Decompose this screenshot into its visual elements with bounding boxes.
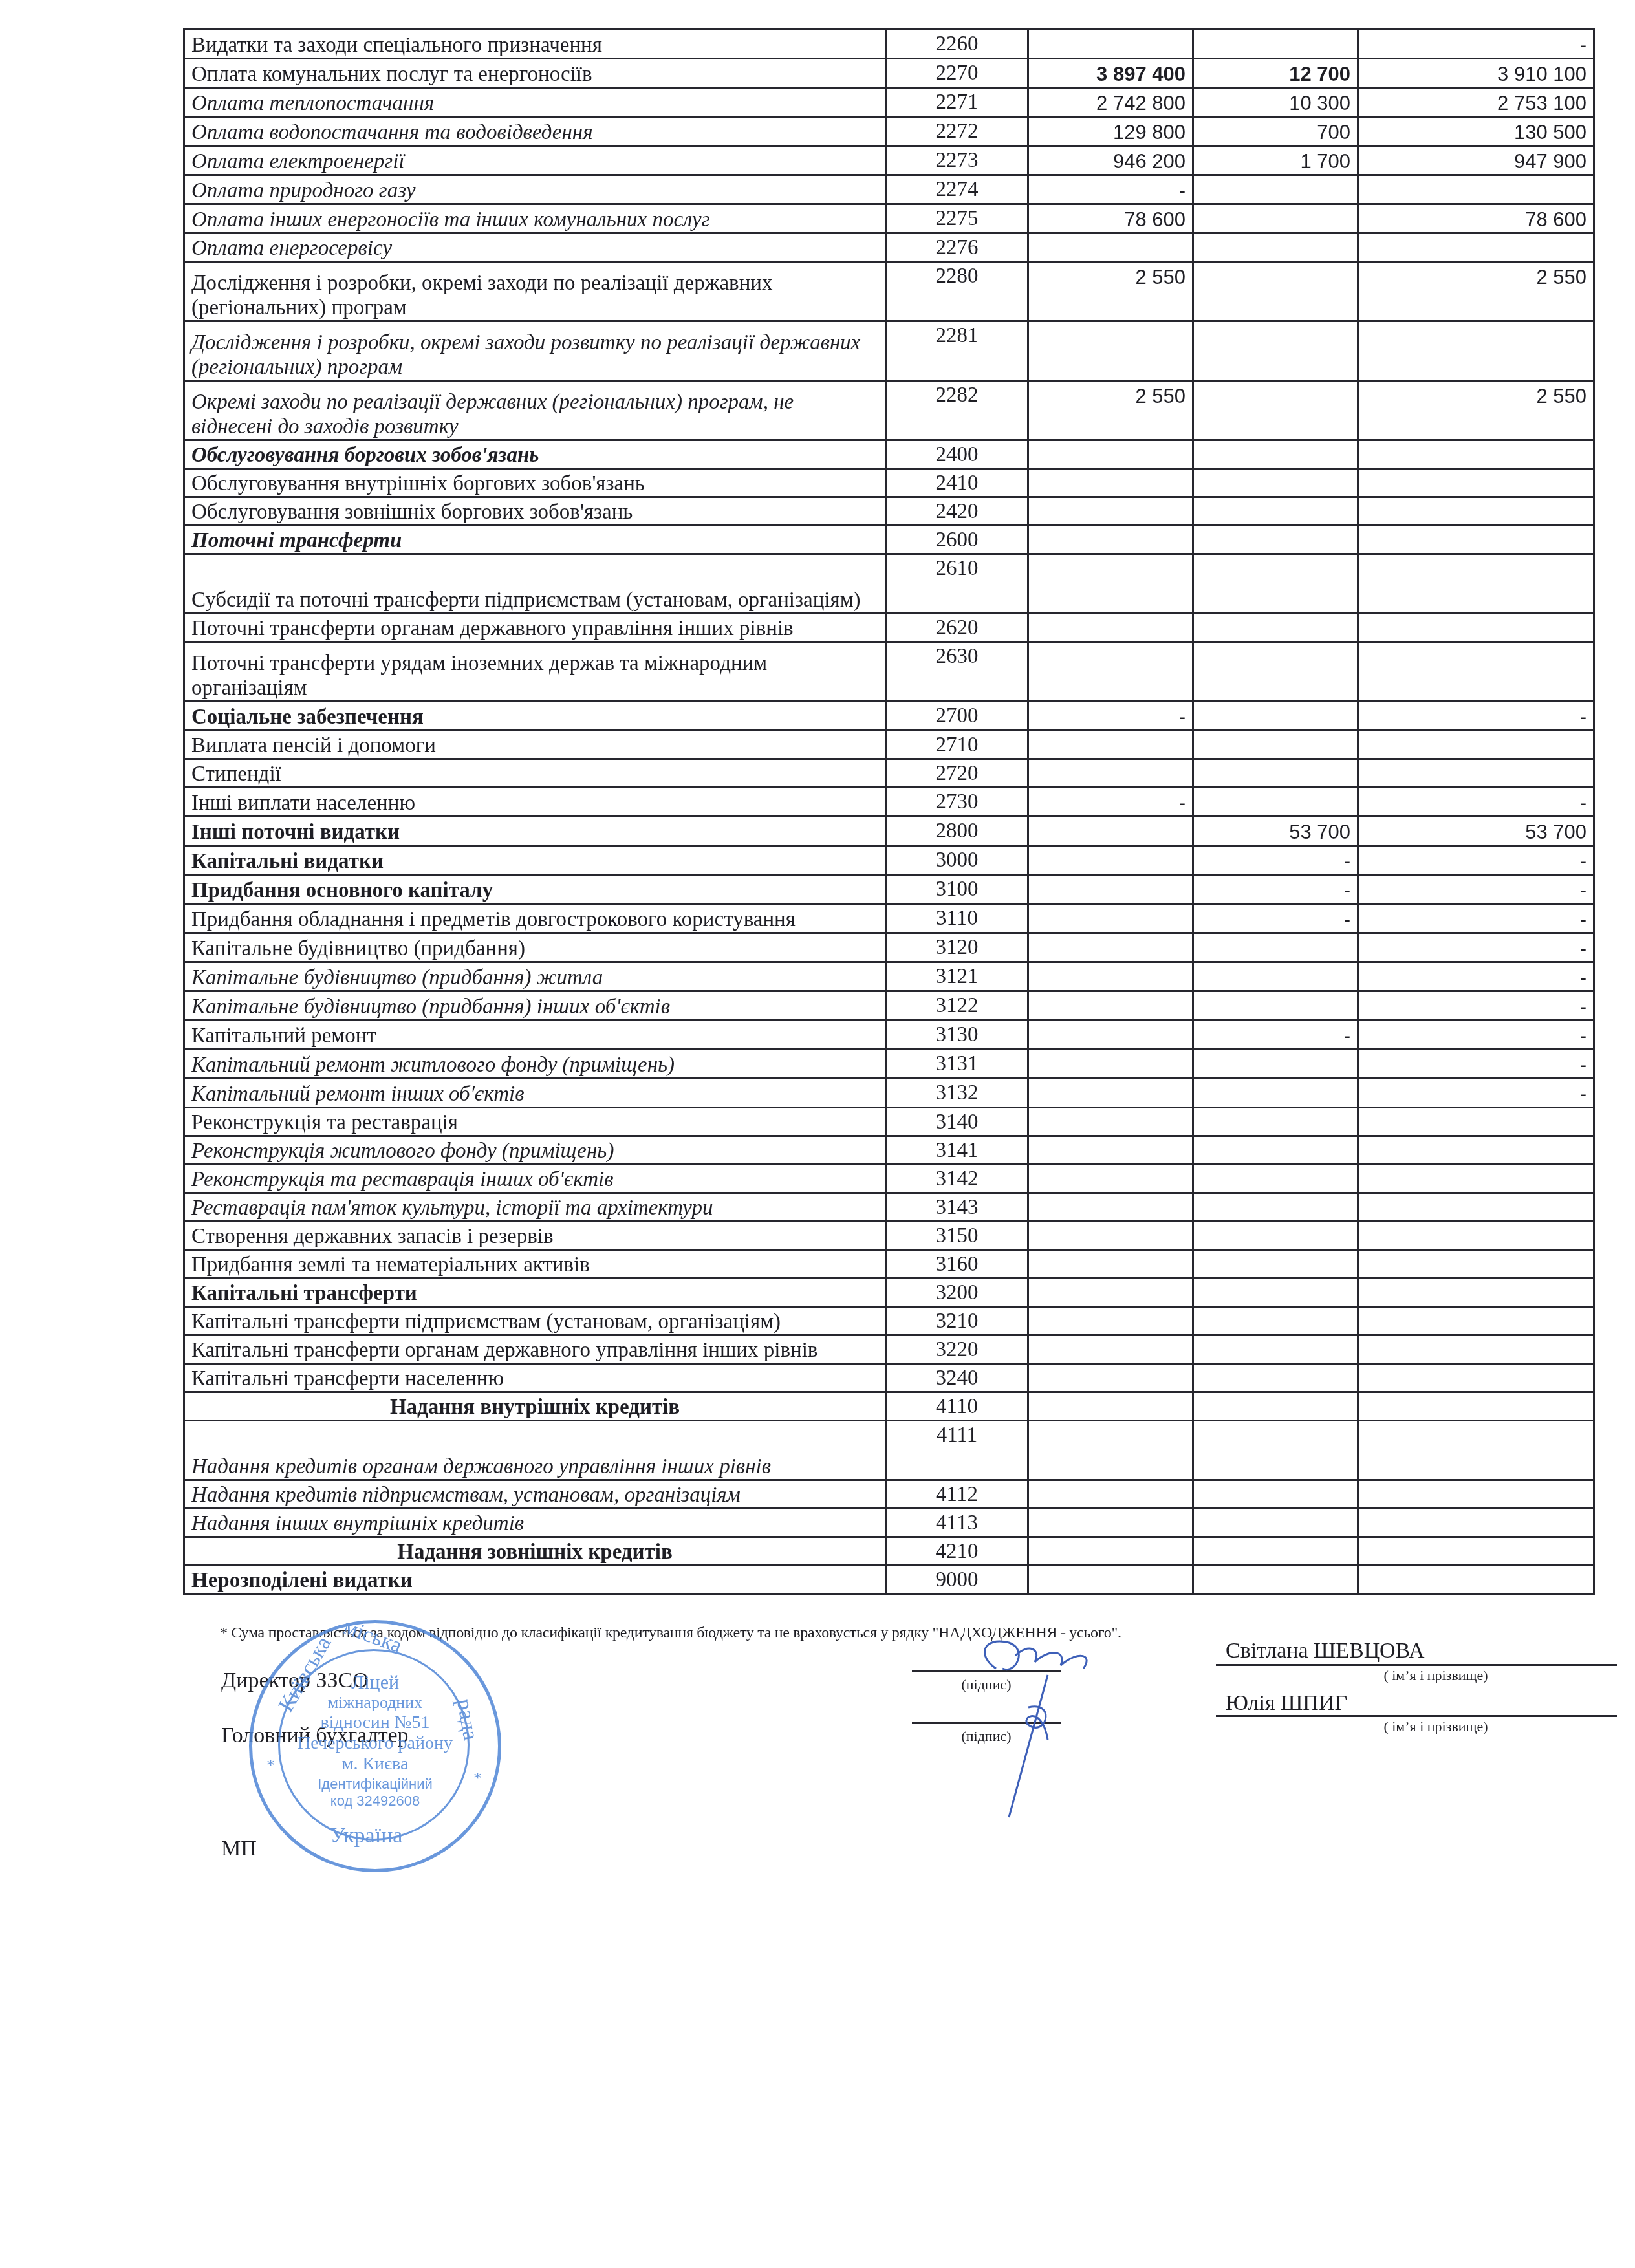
row-value-1: [1028, 875, 1193, 904]
row-value-1: 129 800: [1028, 117, 1193, 146]
row-value-2: 700: [1193, 117, 1358, 146]
row-value-3: 53 700: [1358, 817, 1594, 846]
row-code: 3122: [886, 991, 1028, 1021]
table-row: Капітальний ремонт житлового фонду (прим…: [184, 1050, 1594, 1079]
row-value-1: [1028, 1566, 1193, 1594]
row-value-3: [1358, 1480, 1594, 1509]
row-name: Оплата інших енергоносіїв та інших комун…: [184, 204, 886, 233]
row-value-2: [1193, 204, 1358, 233]
stamp-line-6: Ідентифікаційний: [252, 1776, 498, 1793]
row-value-1: [1028, 1509, 1193, 1537]
row-code: 2280: [886, 262, 1028, 321]
table-row: Оплата електроенергії2273946 2001 700947…: [184, 146, 1594, 175]
row-value-3: [1358, 1136, 1594, 1165]
row-name: Надання кредитів органам державного упра…: [184, 1421, 886, 1480]
row-code: 3120: [886, 933, 1028, 962]
official-stamp: Київська міська рада Україна Ліцей міжна…: [249, 1620, 501, 1872]
row-name: Видатки та заходи спеціального призначен…: [184, 30, 886, 59]
row-value-3: 2 550: [1358, 262, 1594, 321]
expenditure-table: Видатки та заходи спеціального призначен…: [183, 28, 1595, 1595]
table-row: Капітальний ремонт3130--: [184, 1021, 1594, 1050]
row-value-2: -: [1193, 846, 1358, 875]
table-row: Реконструкція та реставрація3140: [184, 1108, 1594, 1136]
table-row: Капітальні трансферти органам державного…: [184, 1335, 1594, 1364]
row-name: Поточні трансферти урядам іноземних держ…: [184, 642, 886, 702]
row-value-1: [1028, 30, 1193, 59]
row-value-3: 947 900: [1358, 146, 1594, 175]
table-row: Оплата інших енергоносіїв та інших комун…: [184, 204, 1594, 233]
stamp-line-1: Ліцей: [252, 1672, 498, 1694]
row-value-3: 2 550: [1358, 381, 1594, 440]
row-code: 3121: [886, 962, 1028, 991]
row-code: 2281: [886, 321, 1028, 381]
row-value-3: [1358, 321, 1594, 381]
row-value-1: [1028, 933, 1193, 962]
row-name: Дослідження і розробки, окремі заходи по…: [184, 262, 886, 321]
table-row: Обслуговування зовнішніх боргових зобов'…: [184, 497, 1594, 526]
row-value-3: [1358, 642, 1594, 702]
row-value-3: 78 600: [1358, 204, 1594, 233]
row-code: 2600: [886, 526, 1028, 554]
row-value-1: [1028, 1392, 1193, 1421]
table-row: Оплата теплопостачання22712 742 80010 30…: [184, 88, 1594, 117]
row-value-2: [1193, 1050, 1358, 1079]
row-code: 2420: [886, 497, 1028, 526]
row-value-1: 2 742 800: [1028, 88, 1193, 117]
row-value-1: 946 200: [1028, 146, 1193, 175]
row-name: Поточні трансферти: [184, 526, 886, 554]
row-value-1: -: [1028, 788, 1193, 817]
row-value-2: [1193, 759, 1358, 788]
row-name: Створення державних запасів і резервів: [184, 1222, 886, 1250]
row-name: Придбання обладнання і предметів довгост…: [184, 904, 886, 933]
row-value-2: [1193, 788, 1358, 817]
row-value-2: [1193, 1307, 1358, 1335]
row-value-1: [1028, 497, 1193, 526]
table-row: Капітальні трансферти підприємствам (уст…: [184, 1307, 1594, 1335]
accountant-name: Юлія ШПИГ: [1226, 1691, 1347, 1716]
row-value-2: [1193, 1108, 1358, 1136]
row-value-2: [1193, 1279, 1358, 1307]
row-value-1: [1028, 1108, 1193, 1136]
row-value-1: 2 550: [1028, 381, 1193, 440]
row-code: 3143: [886, 1193, 1028, 1222]
accountant-name-caption: ( ім’я і прізвище): [1326, 1718, 1546, 1735]
accountant-name-line: [1216, 1715, 1617, 1717]
row-name: Капітальні трансферти населенню: [184, 1364, 886, 1392]
row-code: 2275: [886, 204, 1028, 233]
row-value-1: -: [1028, 175, 1193, 204]
row-value-2: [1193, 991, 1358, 1021]
table-row: Дослідження і розробки, окремі заходи ро…: [184, 321, 1594, 381]
row-value-1: [1028, 731, 1193, 759]
row-code: 3132: [886, 1079, 1028, 1108]
row-name: Надання внутрішніх кредитів: [184, 1392, 886, 1421]
row-value-2: [1193, 526, 1358, 554]
row-value-2: [1193, 497, 1358, 526]
table-row: Соціальне забезпечення2700--: [184, 702, 1594, 731]
row-value-3: [1358, 731, 1594, 759]
row-value-3: [1358, 1566, 1594, 1594]
row-code: 2276: [886, 233, 1028, 262]
row-value-3: [1358, 1364, 1594, 1392]
row-value-1: [1028, 1222, 1193, 1250]
row-code: 2720: [886, 759, 1028, 788]
row-value-2: [1193, 381, 1358, 440]
row-value-2: [1193, 1250, 1358, 1279]
row-code: 4112: [886, 1480, 1028, 1509]
row-value-2: [1193, 1079, 1358, 1108]
row-value-1: [1028, 526, 1193, 554]
row-value-3: [1358, 1250, 1594, 1279]
row-code: 2400: [886, 440, 1028, 469]
row-value-2: 53 700: [1193, 817, 1358, 846]
row-code: 9000: [886, 1566, 1028, 1594]
row-code: 3141: [886, 1136, 1028, 1165]
row-value-1: [1028, 1480, 1193, 1509]
row-name: Соціальне забезпечення: [184, 702, 886, 731]
stamp-line-4: Печерського району: [252, 1733, 498, 1754]
row-value-1: [1028, 1537, 1193, 1566]
row-value-1: [1028, 759, 1193, 788]
row-code: 2410: [886, 469, 1028, 497]
seal-label: МП: [221, 1837, 257, 1861]
row-value-2: [1193, 1222, 1358, 1250]
table-row: Придбання землі та нематеріальних активі…: [184, 1250, 1594, 1279]
row-code: 3200: [886, 1279, 1028, 1307]
row-code: 2700: [886, 702, 1028, 731]
row-value-3: -: [1358, 702, 1594, 731]
stamp-line-7: код 32492608: [252, 1793, 498, 1809]
row-value-1: [1028, 1335, 1193, 1364]
row-value-3: [1358, 759, 1594, 788]
row-code: 3100: [886, 875, 1028, 904]
handwritten-signature: [970, 1630, 1112, 1824]
table-row: Видатки та заходи спеціального призначен…: [184, 30, 1594, 59]
row-value-3: -: [1358, 991, 1594, 1021]
table-row: Капітальні трансферти3200: [184, 1279, 1594, 1307]
row-value-1: [1028, 1250, 1193, 1279]
row-name: Капітальні трансферти органам державного…: [184, 1335, 886, 1364]
row-value-3: -: [1358, 962, 1594, 991]
row-value-2: [1193, 469, 1358, 497]
row-value-2: [1193, 933, 1358, 962]
row-value-2: [1193, 1335, 1358, 1364]
row-code: 2260: [886, 30, 1028, 59]
row-name: Поточні трансферти органам державного уп…: [184, 614, 886, 642]
row-code: 2610: [886, 554, 1028, 614]
table-row: Дослідження і розробки, окремі заходи по…: [184, 262, 1594, 321]
row-value-1: [1028, 1050, 1193, 1079]
row-name: Обслуговування зовнішніх боргових зобов'…: [184, 497, 886, 526]
row-name: Реконструкція та реставрація інших об'єк…: [184, 1165, 886, 1193]
table-row: Оплата енергосервісу2276: [184, 233, 1594, 262]
row-value-3: [1358, 440, 1594, 469]
stamp-line-3: відносин №51: [252, 1712, 498, 1733]
row-value-1: 78 600: [1028, 204, 1193, 233]
row-code: 3131: [886, 1050, 1028, 1079]
row-code: 2620: [886, 614, 1028, 642]
table-row: Поточні трансферти органам державного уп…: [184, 614, 1594, 642]
row-value-2: -: [1193, 1021, 1358, 1050]
table-row: Придбання основного капіталу3100--: [184, 875, 1594, 904]
table-row: Обслуговування внутрішніх боргових зобов…: [184, 469, 1594, 497]
row-value-3: -: [1358, 875, 1594, 904]
row-name: Капітальне будівництво (придбання) інших…: [184, 991, 886, 1021]
row-value-2: [1193, 1136, 1358, 1165]
row-value-3: -: [1358, 904, 1594, 933]
row-value-2: [1193, 1537, 1358, 1566]
row-value-3: [1358, 1108, 1594, 1136]
row-value-1: 2 550: [1028, 262, 1193, 321]
row-value-1: [1028, 904, 1193, 933]
row-name: Оплата комунальних послуг та енергоносії…: [184, 59, 886, 88]
table-row: Реставрація пам'яток культури, історії т…: [184, 1193, 1594, 1222]
row-value-1: [1028, 1279, 1193, 1307]
row-name: Оплата електроенергії: [184, 146, 886, 175]
row-code: 2282: [886, 381, 1028, 440]
table-row: Оплата комунальних послуг та енергоносії…: [184, 59, 1594, 88]
table-row: Капітальне будівництво (придбання) інших…: [184, 991, 1594, 1021]
row-value-1: [1028, 1021, 1193, 1050]
table-row: Інші поточні видатки280053 70053 700: [184, 817, 1594, 846]
row-code: 3140: [886, 1108, 1028, 1136]
row-value-2: [1193, 233, 1358, 262]
director-name-line: [1216, 1664, 1617, 1666]
table-row: Обслуговування боргових зобов'язань2400: [184, 440, 1594, 469]
table-row: Реконструкція та реставрація інших об'єк…: [184, 1165, 1594, 1193]
row-value-1: [1028, 321, 1193, 381]
table-row: Інші виплати населенню2730--: [184, 788, 1594, 817]
row-value-2: [1193, 962, 1358, 991]
row-name: Надання зовнішніх кредитів: [184, 1537, 886, 1566]
row-name: Капітальні трансферти: [184, 1279, 886, 1307]
row-value-2: [1193, 702, 1358, 731]
table-row: Стипендії2720: [184, 759, 1594, 788]
row-value-2: [1193, 175, 1358, 204]
row-value-3: -: [1358, 933, 1594, 962]
row-code: 2730: [886, 788, 1028, 817]
row-name: Капітальний ремонт: [184, 1021, 886, 1050]
row-code: 3160: [886, 1250, 1028, 1279]
row-value-1: [1028, 1307, 1193, 1335]
row-name: Капітальне будівництво (придбання): [184, 933, 886, 962]
row-value-3: [1358, 1335, 1594, 1364]
row-name: Обслуговування боргових зобов'язань: [184, 440, 886, 469]
row-code: 2271: [886, 88, 1028, 117]
row-name: Оплата теплопостачання: [184, 88, 886, 117]
row-name: Реставрація пам'яток культури, історії т…: [184, 1193, 886, 1222]
row-value-3: [1358, 1537, 1594, 1566]
row-value-1: [1028, 817, 1193, 846]
row-value-3: [1358, 1509, 1594, 1537]
row-code: 2270: [886, 59, 1028, 88]
row-code: 2710: [886, 731, 1028, 759]
row-code: 2800: [886, 817, 1028, 846]
row-value-2: [1193, 1364, 1358, 1392]
row-value-2: -: [1193, 875, 1358, 904]
row-name: Виплата пенсій і допомоги: [184, 731, 886, 759]
row-value-2: 10 300: [1193, 88, 1358, 117]
table-row: Субсидії та поточні трансферти підприємс…: [184, 554, 1594, 614]
row-value-3: [1358, 1222, 1594, 1250]
row-name: Дослідження і розробки, окремі заходи ро…: [184, 321, 886, 381]
row-name: Капітальні видатки: [184, 846, 886, 875]
row-value-2: [1193, 1480, 1358, 1509]
row-value-3: [1358, 1165, 1594, 1193]
row-name: Капітальний ремонт інших об'єктів: [184, 1079, 886, 1108]
row-code: 4113: [886, 1509, 1028, 1537]
row-value-3: [1358, 554, 1594, 614]
row-name: Капітальний ремонт житлового фонду (прим…: [184, 1050, 886, 1079]
row-name: Субсидії та поточні трансферти підприємс…: [184, 554, 886, 614]
row-code: 4110: [886, 1392, 1028, 1421]
row-value-1: [1028, 1079, 1193, 1108]
row-name: Нерозподілені видатки: [184, 1566, 886, 1594]
row-value-3: [1358, 175, 1594, 204]
row-code: 2273: [886, 146, 1028, 175]
row-code: 2272: [886, 117, 1028, 146]
row-name: Оплата енергосервісу: [184, 233, 886, 262]
row-value-3: -: [1358, 1050, 1594, 1079]
row-name: Реконструкція житлового фонду (приміщень…: [184, 1136, 886, 1165]
row-value-2: [1193, 1566, 1358, 1594]
row-value-1: [1028, 440, 1193, 469]
row-value-1: [1028, 991, 1193, 1021]
table-row: Капітальний ремонт інших об'єктів3132-: [184, 1079, 1594, 1108]
table-row: Реконструкція житлового фонду (приміщень…: [184, 1136, 1594, 1165]
row-value-2: [1193, 440, 1358, 469]
row-name: Інші поточні видатки: [184, 817, 886, 846]
stamp-star-left: *: [266, 1756, 275, 1775]
row-value-3: [1358, 1421, 1594, 1480]
row-value-1: [1028, 1364, 1193, 1392]
stamp-line-2: міжнародних: [252, 1693, 498, 1712]
row-value-1: [1028, 233, 1193, 262]
row-name: Оплата водопостачання та водовідведення: [184, 117, 886, 146]
row-value-2: [1193, 1193, 1358, 1222]
table-row: Надання кредитів органам державного упра…: [184, 1421, 1594, 1480]
table-row: Капітальні трансферти населенню3240: [184, 1364, 1594, 1392]
row-name: Капітальні трансферти підприємствам (уст…: [184, 1307, 886, 1335]
table-row: Поточні трансферти2600: [184, 526, 1594, 554]
table-row: Надання інших внутрішніх кредитів4113: [184, 1509, 1594, 1537]
row-value-1: [1028, 1136, 1193, 1165]
row-code: 3240: [886, 1364, 1028, 1392]
table-row: Виплата пенсій і допомоги2710: [184, 731, 1594, 759]
table-row: Капітальне будівництво (придбання)3120-: [184, 933, 1594, 962]
row-value-1: [1028, 554, 1193, 614]
director-name: Світлана ШЕВЦОВА: [1226, 1639, 1425, 1663]
row-code: 3130: [886, 1021, 1028, 1050]
row-value-1: [1028, 642, 1193, 702]
row-value-3: [1358, 1392, 1594, 1421]
row-name: Капітальне будівництво (придбання) житла: [184, 962, 886, 991]
table-row: Придбання обладнання і предметів довгост…: [184, 904, 1594, 933]
row-name: Обслуговування внутрішніх боргових зобов…: [184, 469, 886, 497]
row-code: 3210: [886, 1307, 1028, 1335]
row-value-1: 3 897 400: [1028, 59, 1193, 88]
row-value-3: -: [1358, 846, 1594, 875]
row-value-3: [1358, 497, 1594, 526]
table-row: Поточні трансферти урядам іноземних держ…: [184, 642, 1594, 702]
row-value-2: [1193, 642, 1358, 702]
row-value-2: [1193, 1509, 1358, 1537]
row-value-2: 1 700: [1193, 146, 1358, 175]
row-value-1: [1028, 1421, 1193, 1480]
stamp-text-bottom: Україна: [330, 1824, 402, 1848]
row-value-3: -: [1358, 788, 1594, 817]
row-value-1: [1028, 846, 1193, 875]
row-value-2: [1193, 321, 1358, 381]
row-code: 3220: [886, 1335, 1028, 1364]
row-name: Окремі заходи по реалізації державних (р…: [184, 381, 886, 440]
row-value-1: [1028, 1165, 1193, 1193]
row-value-3: [1358, 469, 1594, 497]
table-row: Окремі заходи по реалізації державних (р…: [184, 381, 1594, 440]
row-code: 3150: [886, 1222, 1028, 1250]
row-value-1: [1028, 614, 1193, 642]
row-value-2: [1193, 30, 1358, 59]
row-value-3: 2 753 100: [1358, 88, 1594, 117]
row-code: 3000: [886, 846, 1028, 875]
row-value-3: 3 910 100: [1358, 59, 1594, 88]
row-value-1: [1028, 469, 1193, 497]
row-name: Надання інших внутрішніх кредитів: [184, 1509, 886, 1537]
row-name: Реконструкція та реставрація: [184, 1108, 886, 1136]
table-row: Оплата водопостачання та водовідведення2…: [184, 117, 1594, 146]
row-code: 3110: [886, 904, 1028, 933]
row-value-3: -: [1358, 30, 1594, 59]
row-code: 2274: [886, 175, 1028, 204]
row-name: Оплата природного газу: [184, 175, 886, 204]
row-value-2: 12 700: [1193, 59, 1358, 88]
row-value-2: [1193, 731, 1358, 759]
stamp-line-5: м. Києва: [252, 1754, 498, 1775]
table-row: Надання внутрішніх кредитів4110: [184, 1392, 1594, 1421]
table-row: Нерозподілені видатки9000: [184, 1566, 1594, 1594]
stamp-star-right: *: [473, 1769, 482, 1788]
table-row: Капітальне будівництво (придбання) житла…: [184, 962, 1594, 991]
row-code: 4111: [886, 1421, 1028, 1480]
row-name: Придбання основного капіталу: [184, 875, 886, 904]
table-row: Створення державних запасів і резервів31…: [184, 1222, 1594, 1250]
director-name-caption: ( ім’я і прізвище): [1326, 1667, 1546, 1684]
row-value-3: [1358, 1279, 1594, 1307]
row-value-2: -: [1193, 904, 1358, 933]
row-value-2: [1193, 1421, 1358, 1480]
row-name: Стипендії: [184, 759, 886, 788]
row-value-2: [1193, 262, 1358, 321]
row-value-3: 130 500: [1358, 117, 1594, 146]
row-value-1: [1028, 1193, 1193, 1222]
row-value-3: -: [1358, 1079, 1594, 1108]
table-row: Надання зовнішніх кредитів4210: [184, 1537, 1594, 1566]
row-name: Придбання землі та нематеріальних активі…: [184, 1250, 886, 1279]
row-value-2: [1193, 1392, 1358, 1421]
row-value-3: [1358, 526, 1594, 554]
row-value-3: [1358, 1307, 1594, 1335]
row-value-2: [1193, 614, 1358, 642]
table-row: Надання кредитів підприємствам, установа…: [184, 1480, 1594, 1509]
table-row: Оплата природного газу2274-: [184, 175, 1594, 204]
row-value-3: -: [1358, 1021, 1594, 1050]
row-value-1: -: [1028, 702, 1193, 731]
row-name: Інші виплати населенню: [184, 788, 886, 817]
table-row: Капітальні видатки3000--: [184, 846, 1594, 875]
row-code: 3142: [886, 1165, 1028, 1193]
row-value-1: [1028, 962, 1193, 991]
